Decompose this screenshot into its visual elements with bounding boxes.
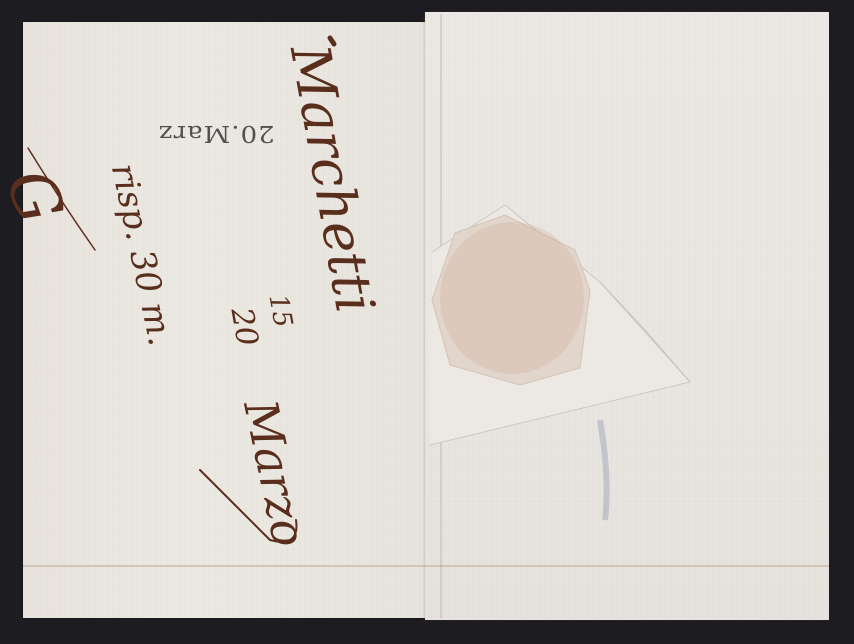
seal-and-folds	[0, 0, 854, 644]
fraction-numerator: 15	[262, 292, 297, 330]
fraction-denominator: 20	[224, 305, 265, 349]
letter-scene: 20.Marz Marchetti 15 20 Marzo G risp. 30…	[0, 0, 854, 644]
postmark-stamp: 20.Marz	[158, 120, 275, 147]
